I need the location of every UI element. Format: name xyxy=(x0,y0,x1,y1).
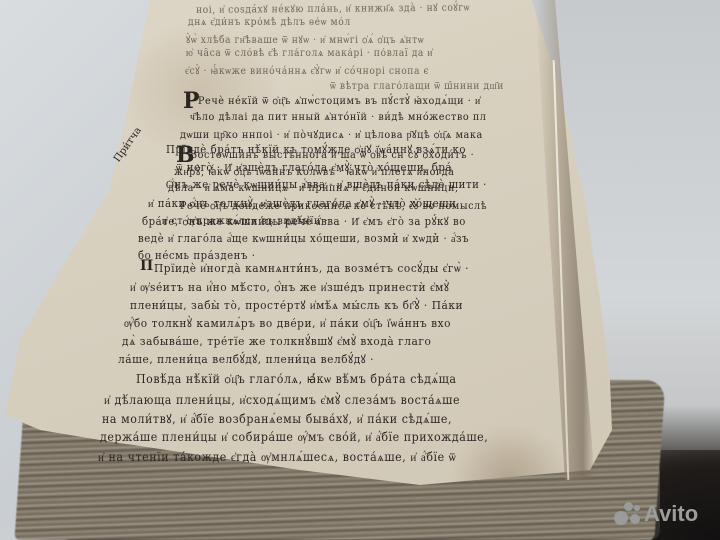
text-line: ѿ него̀ · И҆ и҆зшѐдъ глаго́ла є҆мꙋ̀ что̀… xyxy=(176,160,452,175)
text-line: ноі, и҆ соѕда́хꙋ не́кꙋю пла́нь, и҆ книжн… xyxy=(196,0,470,16)
text-line: Прїидѐ и҆ногда̀ камнѧнти́нъ, да возме́тъ… xyxy=(154,261,469,276)
text-line: дѧ̀ забыва́ше, тре́тїе же толкнꙋ́вшꙋ є҆м… xyxy=(122,334,431,349)
drop-capital: П xyxy=(140,258,153,274)
text-line: бра́те, ѻ҆́нъ же кѡшни́цы речѐ а҆́вва · … xyxy=(142,214,466,229)
text-line: плени́цы, забы̀ то̀, просте́ртꙋ и҆мѣ́ѧ м… xyxy=(130,298,463,313)
text-line: и҆ дѣ́лающа плени́цы, и҆сходѧ́щимъ є҆мꙋ̀… xyxy=(104,391,460,408)
text-line: ѿ вѣтра глаго́лащи ѿ ш̑нини дш҃и xyxy=(330,81,504,92)
avito-watermark: Avito xyxy=(614,500,698,528)
text-line: ѹ҆́бо толкнꙋ̀ камилѧ́ръ во две́ри, и҆ па… xyxy=(124,316,451,331)
text-line: ю҆ ча̑са ѿ сло́вѣ є҆ѣ гла́голѧ мака́рі ·… xyxy=(186,48,433,59)
text-line: и҆ на чтенїи та́кожде є҆гда̀ ѹ҆мнлѧ́шесѧ… xyxy=(98,450,456,465)
text-line: ꙋ̀ѡ̀ хлѣба гн҃ѣваше ѿ нꙋѡ · и҆ мнѡ́гі ѻ҆… xyxy=(186,32,424,46)
text-line: є҆сꙋ̀ · ꙗ҆́кѡже вино́ча́ннѧ є҆ꙋ̀гѡ и҆ со… xyxy=(185,63,429,77)
photo-scene: ноі, и҆ соѕда́хꙋ не́кꙋю пла́нь, и҆ книжн… xyxy=(0,0,720,540)
page-text-block: ноі, и҆ соѕда́хꙋ не́кꙋю пла́нь, и҆ книжн… xyxy=(0,0,720,540)
text-line: ч҃ѣло дѣлаі да пит нный ѧ҆нто́нїй · ви́д… xyxy=(190,111,487,123)
text-line: ла́ше, плени́ца велбꙋ́дꙋ, плени́ца велбꙋ… xyxy=(118,352,374,367)
avito-brand-label: Avito xyxy=(644,501,698,527)
text-line: Ѻ҆́нъ же речѐ кѡшни́цы а҆́вва · и҆ вшѐдъ… xyxy=(166,178,487,191)
text-line: Прїидѐ бра́тъ нѣ́кїй къ томꙋ́жде ѻ҆ц҃ꙋ ї… xyxy=(166,142,466,157)
text-line: днѧ є҆ди́нъ кро́мѣ дѣлъ ѳе́ѡ мо́л xyxy=(188,17,351,28)
avito-dots-logo-icon xyxy=(614,501,640,527)
text-line: Повѣ́да нѣ́кїй ѻ҆ц҃ъ глаго́лѧ, ꙗ҆́кѡ вѣ́… xyxy=(136,372,457,387)
text-line: держа́ше плени́цы и҆ собира́ше ѹ҆́мъ сво… xyxy=(100,430,488,445)
text-line: Речѐ не́кїй ѿ ѻ҆ц҃ъ ѧ҆пѡ́стоцимъ въ пꙋ́с… xyxy=(198,94,481,108)
margin-note: При́тча xyxy=(112,125,144,164)
text-line: и҆ па́ки ѻ҆́нъ толкнꙋ̀, и҆зшѐдъ глаго́ла… xyxy=(148,196,456,211)
text-line: ведѐ и҆ глаго́ла а҆́ще кѡшни́цы хо́щеши,… xyxy=(138,232,469,245)
text-line: дѡши цр҃ко ннпоі · и҆ по̀чꙋдисѧ · и҆ цѣл… xyxy=(180,128,483,142)
text-line: и҆ ѹ҆ѕе́итъ на и҆́но мѣ́сто, ѻ҆́нъ же и҆… xyxy=(130,280,449,295)
text-line: на моли́твꙋ, и҆ а҆́бїе возбранѧ́емы быва… xyxy=(102,410,452,427)
